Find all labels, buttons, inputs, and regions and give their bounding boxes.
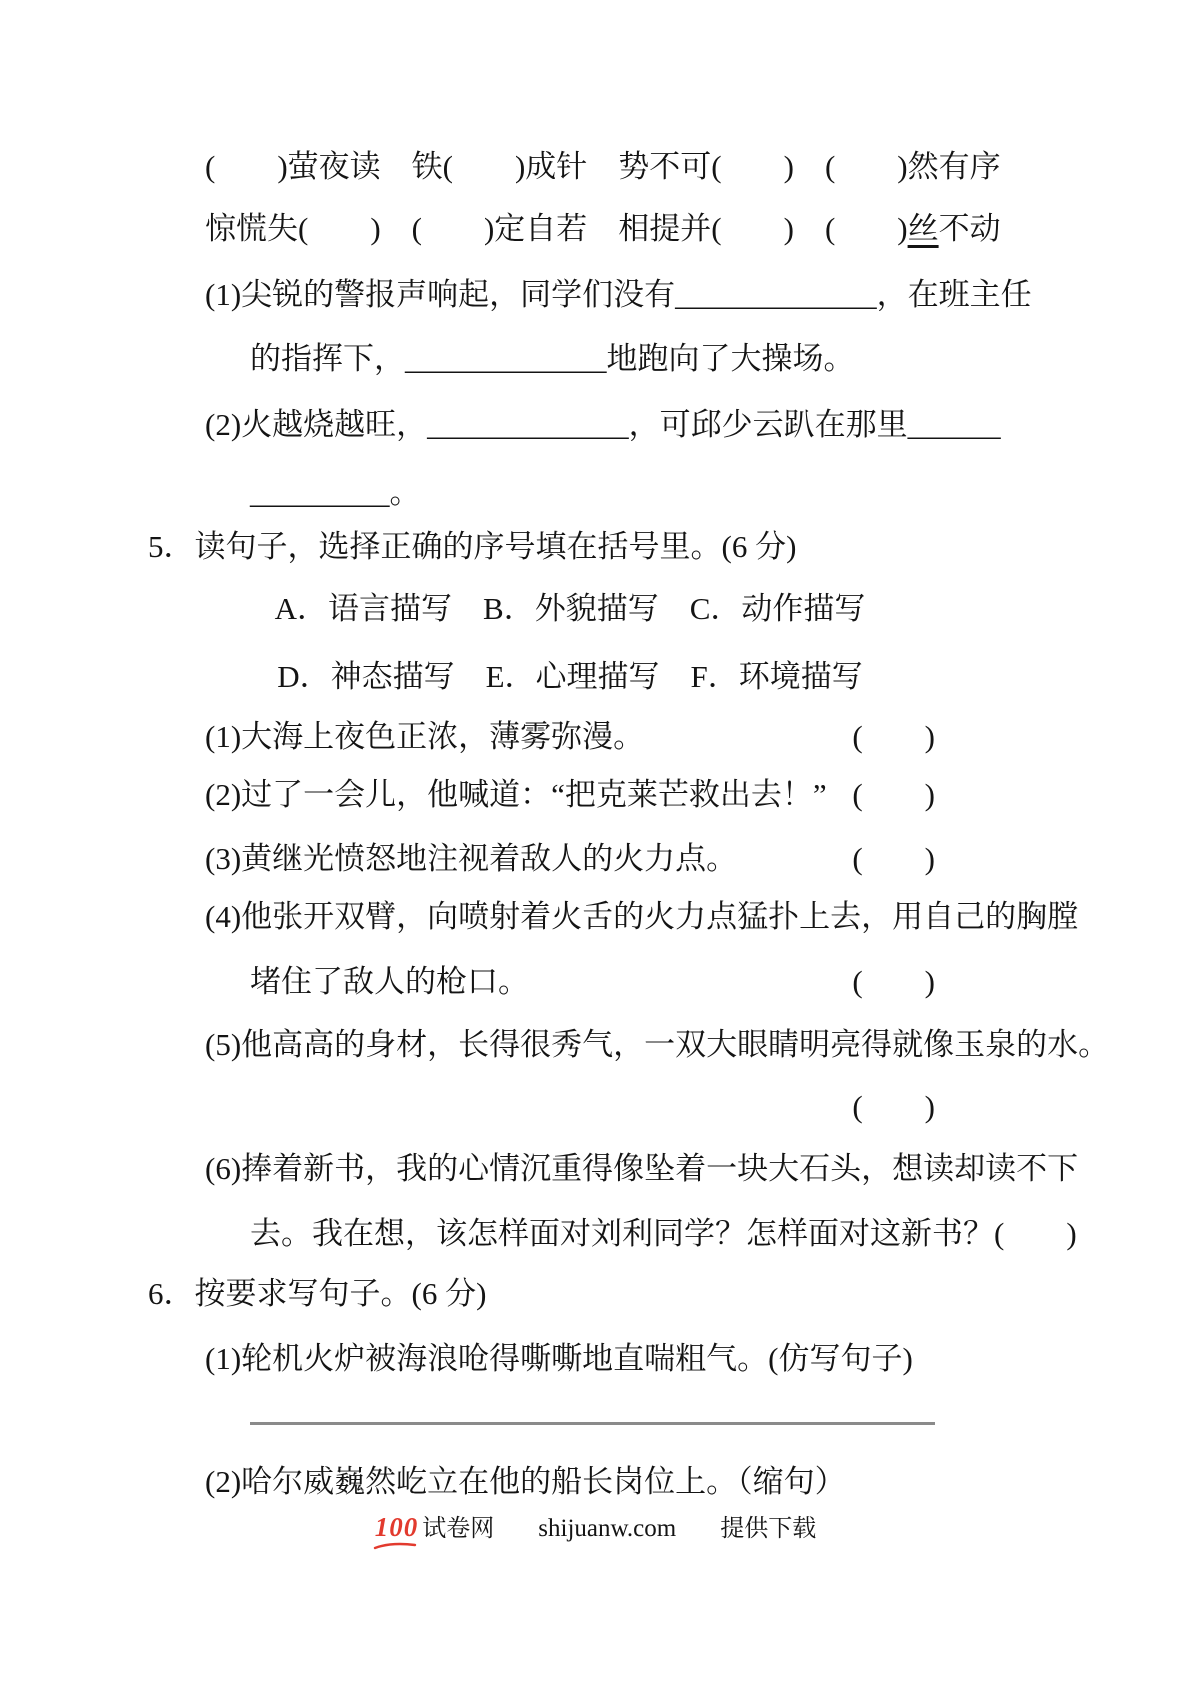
q5-sentence-3-answer-bracket: ( ) [852,840,935,877]
q6-item1-answer-line [250,1418,935,1425]
idiom-blanks-line-1: ( )萤夜读 铁( )成针 势不可( ) ( )然有序 [205,148,1001,185]
q5-sentence-5-answer-bracket: ( ) [852,1088,935,1125]
logo-underline-swoosh-icon [373,1541,417,1550]
q5-sentence-6-line2: 去。我在想，该怎样面对刘利同学？怎样面对这新书？( ) [250,1215,1077,1252]
q5-options-row-1: A．语言描写 B．外貌描写 C．动作描写 [205,590,935,627]
shijuanwang-logo: 100 试卷网 [375,1508,495,1543]
idiom-line2-underlined-char: 丝 [908,211,939,246]
logo-100-text: 100 [375,1512,419,1542]
q5-sentence-1: (1)大海上夜色正浓，薄雾弥漫。 [205,718,644,755]
q5-sentence-3: (3)黄继光愤怒地注视着敌人的火力点。 [205,840,737,877]
q6-item2: (2)哈尔威巍然屹立在他的船长岗位上。（缩句） [205,1463,846,1500]
q5-sentence-4-answer-bracket: ( ) [852,963,935,1000]
idiom-line2-post: 不动 [939,211,1001,246]
fill-item1-line2: 的指挥下，_____________地跑向了大操场。 [250,340,855,377]
q5-sentence-4-line2: 堵住了敌人的枪口。 [250,963,529,1000]
q5-sentence-4-row2: 堵住了敌人的枪口。 ( ) [250,963,935,1000]
q5-sentence-5-bracket-row: ( ) [205,1088,935,1125]
idiom-blanks-line-2: 惊慌失( ) ( )定自若 相提并( ) ( )丝不动 [205,210,1001,247]
exam-paper-page: ( )萤夜读 铁( )成针 势不可( ) ( )然有序 惊慌失( ) ( )定自… [0,0,1191,1684]
footer: 100 试卷网 shijuanw.com 提供下载 [0,1508,1191,1543]
q5-sentence-1-row: (1)大海上夜色正浓，薄雾弥漫。 ( ) [205,718,935,755]
question-6-title: 6．按要求写句子。(6 分) [148,1275,486,1312]
logo-100-wrap: 100 [375,1512,419,1543]
fill-item2-line2: _________。 [250,474,421,511]
q5-options-row-2: D．神态描写 E．心理描写 F．环境描写 [205,658,935,695]
q5-sentence-4-line1: (4)他张开双臂，向喷射着火舌的火力点猛扑上去，用自己的胸膛 [205,898,1078,935]
q5-sentence-2: (2)过了一会儿，他喊道：“把克莱芒救出去！” [205,776,827,813]
q5-sentence-2-row: (2)过了一会儿，他喊道：“把克莱芒救出去！” ( ) [205,776,935,813]
fill-item2-line1: (2)火越烧越旺，_____________，可邱少云趴在那里______ [205,406,1001,443]
fill-item1-line1: (1)尖锐的警报声响起，同学们没有_____________，在班主任 [205,276,1032,313]
question-5-title: 5．读句子，选择正确的序号填在括号里。(6 分) [148,528,796,565]
q5-sentence-2-answer-bracket: ( ) [852,776,935,813]
idiom-line2-pre: 惊慌失( ) ( )定自若 相提并( ) ( ) [205,211,908,246]
footer-download-text: 提供下载 [720,1508,816,1543]
q5-sentence-3-row: (3)黄继光愤怒地注视着敌人的火力点。 ( ) [205,840,935,877]
q5-sentence-1-answer-bracket: ( ) [852,718,935,755]
q5-sentence-5: (5)他高高的身材，长得很秀气，一双大眼睛明亮得就像玉泉的水。 [205,1026,1109,1063]
q5-sentence-6-line1: (6)捧着新书，我的心情沉重得像坠着一块大石头，想读却读不下 [205,1150,1078,1187]
footer-domain-text: shijuanw.com [538,1515,676,1543]
q6-item1: (1)轮机火炉被海浪呛得嘶嘶地直喘粗气。(仿写句子) [205,1340,913,1377]
logo-site-name: 试卷网 [422,1508,494,1543]
